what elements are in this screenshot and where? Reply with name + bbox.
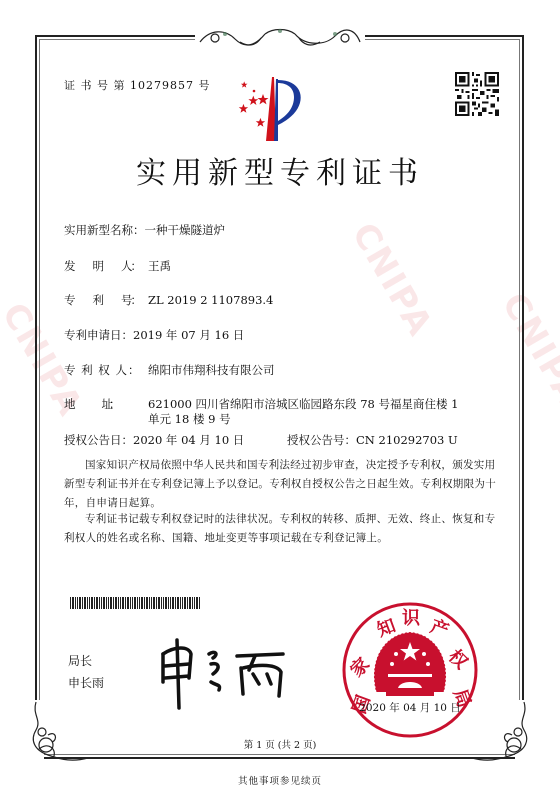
svg-text:权: 权 <box>444 645 473 674</box>
field-label: 实用新型名称： <box>64 222 145 238</box>
signature-icon <box>155 632 295 712</box>
field-patent-number: 专 利 号：ZL 2019 2 1107893.4 <box>64 292 273 308</box>
paragraph-legal-status: 专利证书记载专利权登记时的法律状况。专利权的转移、质押、无效、终止、恢复和专利权… <box>64 510 504 548</box>
field-value: 王禹 <box>148 259 171 273</box>
field-value: 绵阳市伟翔科技有限公司 <box>148 363 275 377</box>
field-application-date: 专利申请日：2019 年 07 月 16 日 <box>64 327 244 343</box>
director-title: 局长 <box>68 652 92 669</box>
field-label: 发 明 人： <box>64 258 148 274</box>
field-value: 621000 四川省绵阳市涪城区临园路东段 78 号福星商住楼 1 <box>148 397 458 411</box>
top-ornament-icon <box>195 24 365 52</box>
field-value: 2019 年 07 月 16 日 <box>133 328 244 342</box>
field-label: 专利申请日： <box>64 327 133 343</box>
field-address-line2: 单元 18 楼 9 号 <box>148 411 231 427</box>
field-utility-model-name: 实用新型名称：一种干燥隧道炉 <box>64 222 225 238</box>
field-patentee: 专 利 权 人：绵阳市伟翔科技有限公司 <box>64 362 275 378</box>
svg-text:家: 家 <box>346 653 374 681</box>
svg-text:识: 识 <box>402 607 421 629</box>
qr-code-icon <box>455 72 499 116</box>
certificate-number: 证 书 号 第 10279857 号 <box>64 77 210 93</box>
svg-text:产: 产 <box>427 615 451 642</box>
field-label: 授权公告日： <box>64 432 133 448</box>
field-value: ZL 2019 2 1107893.4 <box>148 293 273 307</box>
footer-note: 其他事项参见续页 <box>0 773 560 787</box>
field-value: 单元 18 楼 9 号 <box>148 412 231 426</box>
field-label: 地 址： <box>64 396 148 412</box>
barcode-icon <box>70 597 220 609</box>
field-inventor: 发 明 人：王禹 <box>64 258 171 274</box>
field-grant-announcement-number: 授权公告号：CN 210292703 U <box>287 432 458 448</box>
field-value: CN 210292703 U <box>356 433 458 447</box>
field-value: 一种干燥隧道炉 <box>145 223 226 237</box>
page-title: 实用新型专利证书 <box>0 148 560 192</box>
director-name: 申长雨 <box>68 674 104 691</box>
field-label: 专 利 权 人： <box>64 362 148 378</box>
field-label: 授权公告号： <box>287 432 356 448</box>
field-grant-announcement-date: 授权公告日：2020 年 04 月 10 日 <box>64 432 244 448</box>
paragraph-grant-statement: 国家知识产权局依照中华人民共和国专利法经过初步审查，决定授予专利权，颁发实用新型… <box>64 456 504 513</box>
page-number: 第 1 页 (共 2 页) <box>0 737 560 751</box>
corner-ornament-icon <box>28 700 93 765</box>
national-emblem-seal-icon: 国 家 知 识 产 权 局 <box>340 600 480 740</box>
field-label: 专 利 号： <box>64 292 148 308</box>
cnipa-logo-icon <box>238 77 318 143</box>
seal-date: 2020 年 04 月 10 日 <box>350 700 470 715</box>
field-value: 2020 年 04 月 10 日 <box>133 433 244 447</box>
field-address: 地 址：621000 四川省绵阳市涪城区临园路东段 78 号福星商住楼 1 <box>64 396 458 412</box>
